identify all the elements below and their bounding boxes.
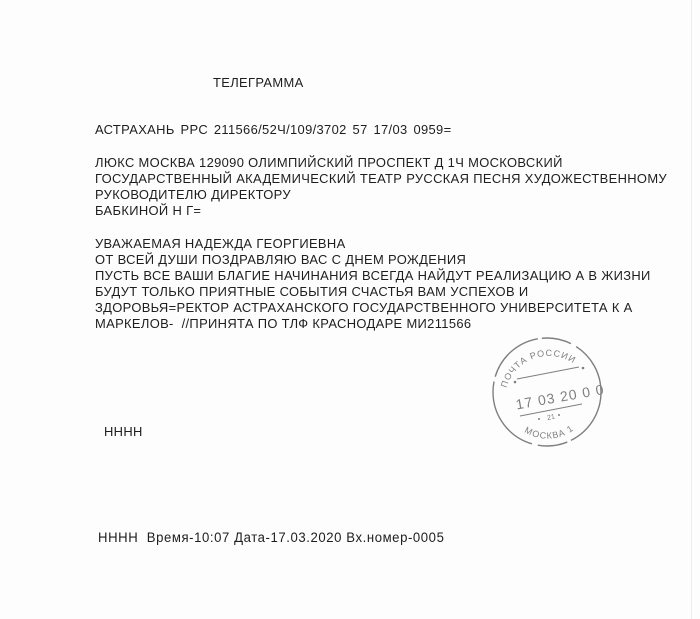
stamp-bottom-text: МОСКВА 1 — [523, 423, 576, 441]
address-line: РУКОВОДИТЕЛЮ ДИРЕКТОРУ — [95, 187, 291, 203]
message-line: ПУСТЬ ВСЕ ВАШИ БЛАГИЕ НАЧИНАНИЯ ВСЕГДА Н… — [95, 268, 651, 284]
address-line: ЛЮКС МОСКВА 129090 ОЛИМПИЙСКИЙ ПРОСПЕКТ … — [95, 155, 563, 171]
stamp-code: 21 — [547, 414, 556, 422]
message-line: УВАЖАЕМАЯ НАДЕЖДА ГЕОРГИЕВНА — [95, 236, 346, 252]
stamp-top-text: ПОЧТА РОССИИ — [499, 348, 578, 389]
message-line: БУДУТ ТОЛЬКО ПРИЯТНЫЕ СОБЫТИЯ СЧАСТЬЯ ВА… — [95, 284, 528, 300]
postal-stamp: ПОЧТА РОССИИ 17 03 20 0 0 21 МОСКВА 1 — [487, 332, 607, 452]
address-line: ГОСУДАРСТВЕННЫЙ АКАДЕМИЧЕСКИЙ ТЕАТР РУСС… — [95, 171, 667, 187]
svg-text:ПОЧТА РОССИИ: ПОЧТА РОССИИ — [499, 348, 578, 389]
message-line: МАРКЕЛОВ- //ПРИНЯТА ПО ТЛФ КРАСНОДАРЕ МИ… — [95, 316, 471, 332]
end-marker: НННН — [104, 424, 143, 440]
message-line: ОТ ВСЕЙ ДУШИ ПОЗДРАВЛЯЮ ВАС С ДНЕМ РОЖДЕ… — [95, 252, 466, 268]
page-edge — [691, 0, 692, 619]
receipt-footer: НННН Время-10:07 Дата-17.03.2020 Вх.номе… — [98, 530, 444, 546]
telegram-header: АСТРАХАНЬ РРС 211566/52Ч/109/3702 57 17/… — [95, 122, 451, 138]
svg-text:МОСКВА 1: МОСКВА 1 — [523, 423, 576, 441]
message-line: ЗДОРОВЬЯ=РЕКТОР АСТРАХАНСКОГО ГОСУДАРСТВ… — [95, 300, 633, 316]
address-line: БАБКИНОЙ Н Г= — [95, 203, 201, 219]
document-title: ТЕЛЕГРАММА — [213, 75, 304, 91]
stamp-date: 17 03 20 0 0 — [514, 381, 605, 412]
